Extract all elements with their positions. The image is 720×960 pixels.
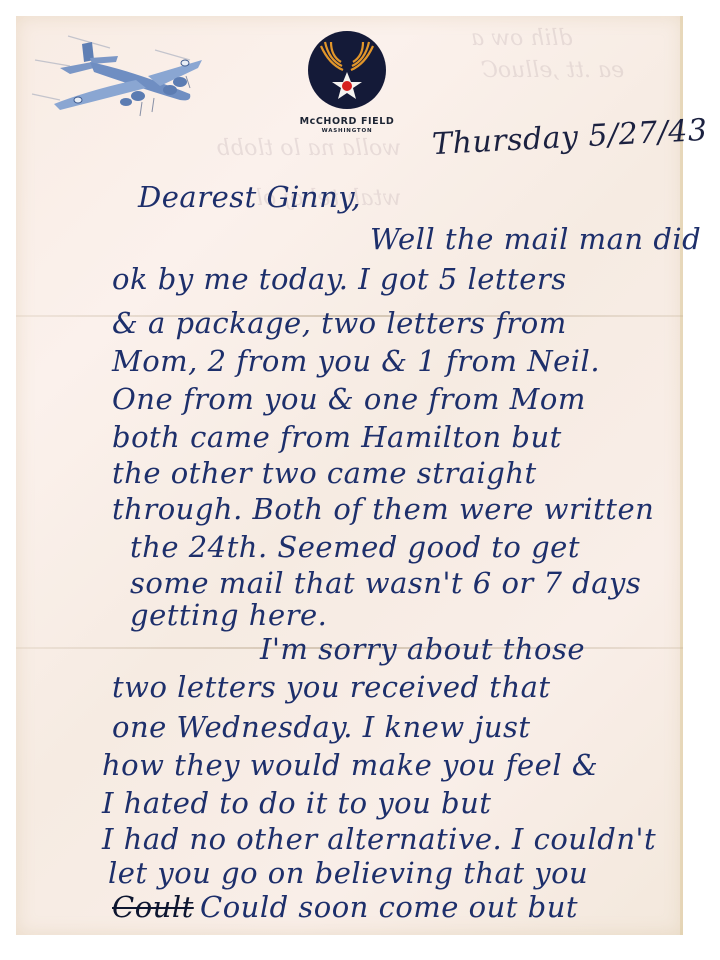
letter-line: I'm sorry about those <box>260 632 585 666</box>
letter-line: the other two came straight <box>112 456 537 490</box>
letter-line: One from you & one from Mom <box>112 382 586 416</box>
letter-line: the 24th. Seemed good to get <box>130 530 580 564</box>
army-air-forces-wings-star-icon <box>307 30 387 110</box>
letter-line: Well the mail man did <box>370 222 701 256</box>
paper-edge <box>680 16 683 935</box>
letter-line: how they would make you feel & <box>102 748 598 782</box>
letterhead-subtitle: WASHINGTON <box>287 128 407 134</box>
bleed-through-text: ea .tt ,elluoC <box>481 58 624 83</box>
salutation: Dearest Ginny, <box>138 180 361 214</box>
letter-line: through. Both of them were written <box>112 492 654 526</box>
struck-word: Coult <box>112 890 194 924</box>
letter-line: I had no other alternative. I couldn't <box>102 822 656 856</box>
letter-line: & a package, two letters from <box>112 306 567 340</box>
letter-line: Mom, 2 from you & 1 from Neil. <box>112 344 600 378</box>
bleed-through-text: dlih ow a <box>471 26 573 51</box>
letter-line: let you go on believing that you <box>108 856 588 890</box>
letter-line: I hated to do it to you but <box>102 786 491 820</box>
b17-bomber-icon <box>30 30 210 120</box>
letter-line: ok by me today. I got 5 letters <box>112 262 567 296</box>
letter-line: Could soon come out but <box>200 890 578 924</box>
letter-line: some mail that wasn't 6 or 7 days <box>130 566 641 600</box>
bleed-through-text: wolla na lo tlobb <box>216 136 401 161</box>
letter-line: two letters you received that <box>112 670 551 704</box>
letter-line: both came from Hamilton but <box>112 420 562 454</box>
letterhead-title: McCHORD FIELD <box>287 116 407 127</box>
letter-line: one Wednesday. I knew just <box>112 710 531 744</box>
letter-line: getting here. <box>130 598 327 632</box>
